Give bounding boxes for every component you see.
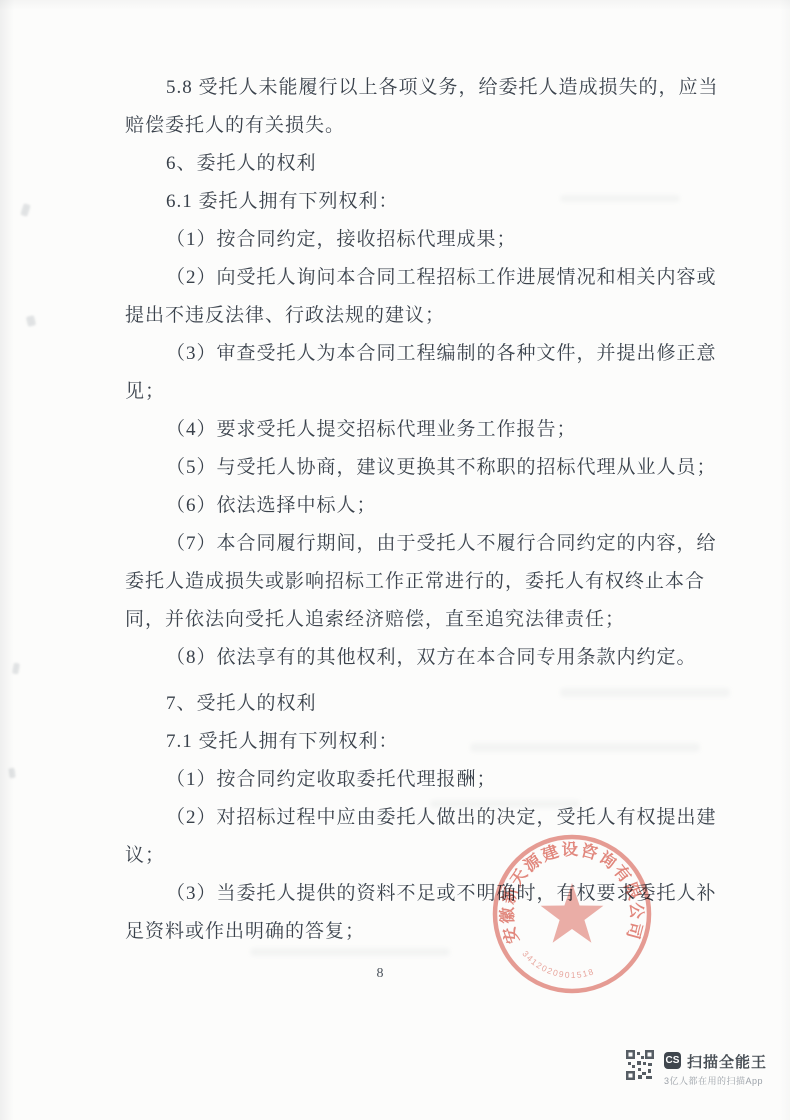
text-line: （5）与受托人协商，建议更换其不称职的招标代理从业人员；: [125, 449, 725, 487]
text-line: 委托人造成损失或影响招标工作正常进行的，委托人有权终止本合: [125, 563, 725, 601]
camscanner-logo-icon: CS: [664, 1052, 681, 1069]
scan-artifact: [430, 800, 580, 808]
scan-artifact: [20, 203, 30, 217]
qr-code-icon: [626, 1050, 654, 1080]
scan-artifact: [560, 195, 680, 202]
text-line: （6）依法选择中标人；: [125, 487, 725, 525]
text-line: 赔偿委托人的有关损失。: [125, 107, 725, 145]
text-line: （2）向受托人询问本合同工程招标工作进展情况和相关内容或: [125, 259, 725, 297]
scanned-contract-page: 5.8 受托人未能履行以上各项义务，给委托人造成损失的，应当赔偿委托人的有关损失…: [0, 0, 790, 1120]
text-line: 6.1 委托人拥有下列权利：: [125, 183, 725, 221]
text-line: 7.1 受托人拥有下列权利：: [125, 723, 725, 761]
text-line: 足资料或作出明确的答复；: [125, 913, 725, 951]
text-line: （7）本合同履行期间，由于受托人不履行合同约定的内容，给: [125, 525, 725, 563]
camscanner-watermark: CS 扫描全能王 3亿人都在用的扫描App: [626, 1048, 776, 1092]
seal-registration-number: 3412020901518: [520, 949, 596, 980]
text-line: 5.8 受托人未能履行以上各项义务，给委托人造成损失的，应当: [125, 69, 725, 107]
scan-artifact: [250, 948, 450, 956]
scan-artifact: [26, 315, 36, 327]
text-line: （3）当委托人提供的资料不足或不明确时，有权要求委托人补: [125, 875, 725, 913]
scan-artifact: [8, 768, 15, 779]
text-line: 见；: [125, 373, 725, 411]
text-line: （2）对招标过程中应由委托人做出的决定，受托人有权提出建: [125, 799, 725, 837]
page-number: 8: [360, 966, 400, 982]
text-line: （4）要求受托人提交招标代理业务工作报告；: [125, 411, 725, 449]
text-line: （1）按合同约定收取委托代理报酬；: [125, 761, 725, 799]
text-line: 提出不违反法律、行政法规的建议；: [125, 297, 725, 335]
svg-text:3412020901518: 3412020901518: [520, 949, 596, 980]
scan-artifact: [12, 663, 20, 675]
text-line: 议；: [125, 837, 725, 875]
camscanner-tagline: 3亿人都在用的扫描App: [664, 1074, 763, 1087]
text-line: 6、委托人的权利: [125, 145, 725, 183]
text-line: （8）依法享有的其他权利，双方在本合同专用条款内约定。: [125, 639, 725, 677]
scan-artifact: [560, 688, 730, 697]
text-line: 同，并依法向受托人追索经济赔偿，直至追究法律责任；: [125, 601, 725, 639]
scan-artifact: [470, 743, 700, 752]
text-line: （3）审查受托人为本合同工程编制的各种文件，并提出修正意: [125, 335, 725, 373]
text-line: （1）按合同约定，接收招标代理成果；: [125, 221, 725, 259]
camscanner-app-name: 扫描全能王: [687, 1051, 767, 1072]
